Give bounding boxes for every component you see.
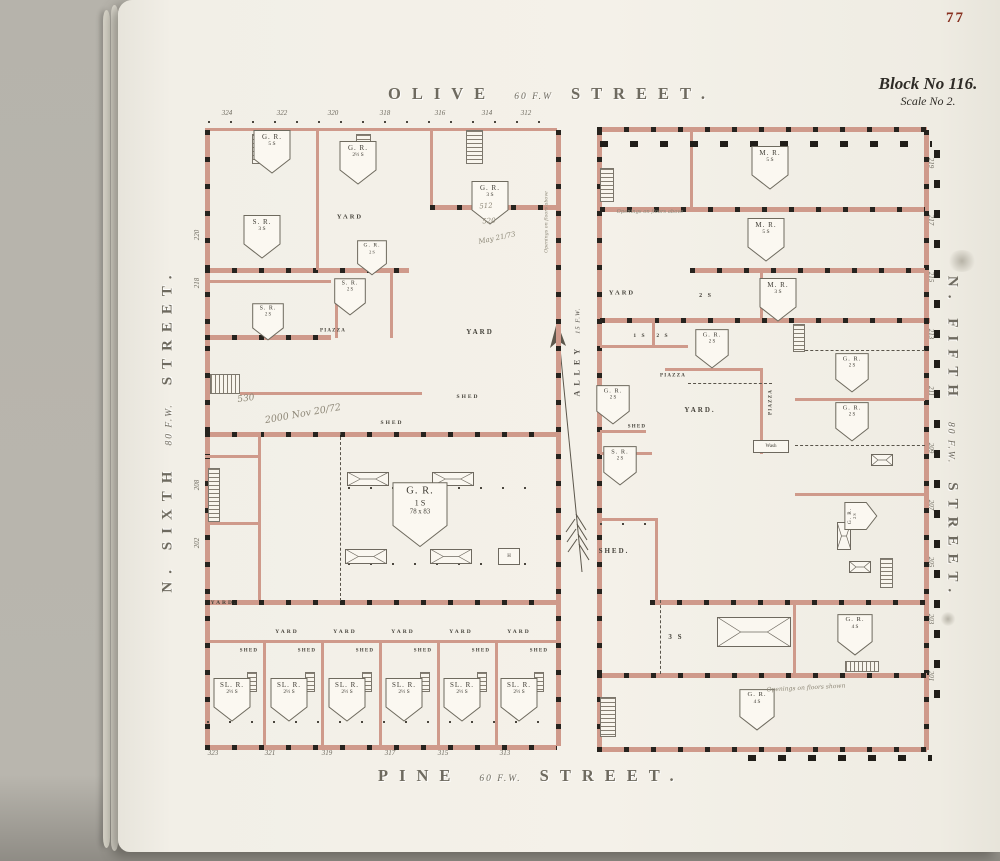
roof-type-shield: SL. R. 2½ S — [384, 677, 424, 723]
plan-label: SHED — [457, 394, 480, 400]
plan-label: SHED — [240, 649, 258, 654]
plan-label: SHED — [356, 649, 374, 654]
outbuilding-box: Wash — [753, 440, 789, 453]
plan-label: YARD — [275, 629, 298, 635]
skylight — [430, 549, 472, 564]
wall — [263, 640, 266, 746]
skylight — [871, 454, 893, 466]
house-number: 213 — [927, 329, 935, 340]
stairs — [793, 324, 805, 352]
street-left-name: N. SIXTH — [160, 464, 177, 593]
wall — [597, 130, 602, 748]
stairs — [845, 661, 879, 672]
page-number: 77 — [946, 10, 965, 27]
map-layer: 77 Block No 116. Scale No 2. OLIVE 60 F.… — [0, 0, 1000, 861]
roof-type-shield: G. R. 2 S — [844, 501, 879, 531]
plan-label: YARD — [449, 629, 472, 635]
wall — [379, 640, 382, 746]
wall — [795, 493, 925, 496]
block-title: Block No 116. Scale No 2. — [858, 74, 998, 109]
street-label-olive: OLIVE 60 F.W STREET. — [388, 84, 716, 104]
wall — [600, 345, 688, 348]
plan-label: SHED — [298, 649, 316, 654]
roof-type-shield: G. R. 2½ S — [338, 140, 378, 186]
house-number: 323 — [208, 749, 219, 757]
house-number: 320 — [328, 109, 339, 117]
house-number: 319 — [322, 749, 333, 757]
roof-type-shield: M. R. 5 S — [750, 145, 790, 191]
plan-label: PIAZZA — [769, 389, 774, 415]
pencil-note: Openings on floors shown — [766, 682, 845, 693]
house-number: 317 — [385, 749, 396, 757]
roof-type-shield: G. R. 4 S — [738, 688, 776, 732]
partition-dashed — [688, 383, 772, 384]
wall — [205, 130, 210, 747]
house-number: 312 — [521, 109, 532, 117]
scanned-atlas-photo: 77 Block No 116. Scale No 2. OLIVE 60 F.… — [0, 0, 1000, 861]
roof-type-shield: M. R. 3 S — [758, 277, 798, 323]
house-number: 218 — [193, 278, 201, 289]
plan-label: YARD — [333, 629, 356, 635]
wall — [600, 518, 656, 521]
wall — [690, 268, 925, 273]
roof-type-shield: SL. R. 2½ S — [269, 677, 309, 723]
plan-label: YARD — [609, 290, 635, 297]
stairs — [466, 130, 483, 164]
age-spot — [947, 250, 977, 272]
house-number: 208 — [193, 480, 201, 491]
wall — [793, 600, 796, 674]
pencil-note: 520 — [482, 217, 496, 226]
wall — [205, 455, 259, 458]
roof-type-shield: SL. R. 2½ S — [212, 677, 252, 723]
house-number: 314 — [482, 109, 493, 117]
house-number: 322 — [277, 109, 288, 117]
partition-dashed — [660, 600, 661, 674]
plan-label: SHED. — [599, 547, 630, 555]
wall — [597, 747, 927, 752]
stairs — [208, 468, 220, 522]
pencil-note: Openings on floors above — [545, 191, 550, 253]
skylight — [345, 549, 387, 564]
house-number: 209 — [927, 443, 935, 454]
house-number: 219 — [927, 158, 935, 169]
partition-dashed — [795, 445, 925, 446]
house-number: 207 — [927, 500, 935, 511]
house-number: 203 — [927, 614, 935, 625]
outbuilding-box: H — [498, 548, 520, 565]
roof-type-shield: SL. R. 2½ S — [327, 677, 367, 723]
street-top-width: 60 F.W — [514, 92, 553, 102]
roof-type-shield: G. R. 2 S — [834, 352, 870, 393]
street-label-n-sixth: N. SIXTH 80 F.W. STREET. — [160, 267, 177, 592]
stairs — [210, 374, 240, 394]
roof-type-shield: S. R. 2 S — [333, 277, 367, 316]
plan-label: SHED — [381, 420, 404, 426]
skylight — [849, 561, 871, 573]
street-wall-dashes — [748, 755, 932, 761]
house-number: 315 — [438, 749, 449, 757]
roof-type-shield: G. R. 5 S — [252, 129, 292, 175]
wall — [321, 640, 324, 746]
house-number: 318 — [380, 109, 391, 117]
plan-label: 2 S — [699, 293, 713, 299]
wall — [556, 130, 561, 746]
plan-label: SHED — [414, 649, 432, 654]
wall — [650, 600, 926, 605]
street-left-suffix: STREET. — [160, 267, 177, 385]
house-number: 202 — [193, 538, 201, 549]
stairs — [880, 558, 893, 588]
partition-dashed — [340, 432, 341, 601]
wall — [655, 518, 658, 602]
street-wall-dashes — [934, 150, 940, 710]
roof-type-shield: S. R. 2 S — [251, 302, 285, 341]
pencil-note: Openings on floors above — [617, 209, 684, 215]
plan-label: 1 S — [633, 333, 646, 339]
wall — [390, 268, 393, 338]
plan-label: SHED — [628, 425, 646, 430]
roof-type-shield: G. R. 2 S — [834, 401, 870, 442]
plan-label: YARD — [466, 328, 494, 336]
north-arrow-icon — [546, 318, 592, 580]
house-number: 313 — [500, 749, 511, 757]
roof-type-shield: G. R. 2 S — [356, 240, 388, 277]
block-scale-label: Scale No 2. — [858, 94, 998, 109]
plan-label: SHED — [472, 649, 490, 654]
house-number: 215 — [927, 272, 935, 283]
pencil-note: 512 — [479, 202, 493, 211]
house-number: 316 — [435, 109, 446, 117]
wall — [205, 600, 557, 605]
block-number-label: Block No 116. — [858, 74, 998, 94]
partition-dashed — [795, 350, 925, 351]
post-dots — [600, 523, 652, 525]
roof-type-shield: S. R. 3 S — [242, 214, 282, 260]
street-bottom-suffix: STREET. — [540, 766, 685, 786]
plan-label: 2 S — [656, 333, 669, 339]
street-right-name: N. FIFTH — [944, 276, 961, 404]
stairs — [600, 697, 616, 737]
plan-label: PIAZZA — [660, 374, 686, 379]
skylight — [717, 617, 791, 647]
street-right-width: 80 F.W. — [946, 422, 956, 464]
house-number: 211 — [927, 386, 935, 396]
wall — [205, 280, 331, 283]
plan-label: YARD — [507, 629, 530, 635]
roof-type-shield: M. R. 5 S — [746, 217, 786, 263]
wall — [600, 430, 646, 433]
roof-type-shield: G. R. 1 S 78 x 83 — [390, 481, 450, 550]
roof-type-shield: SL. R. 2½ S — [442, 677, 482, 723]
wall — [652, 318, 655, 346]
street-right-suffix: STREET. — [944, 482, 961, 600]
street-bottom-name: PINE — [378, 766, 461, 786]
plan-label: YARD — [337, 214, 363, 221]
plan-label: YARD. — [211, 600, 238, 606]
plan-label: YARD — [391, 629, 414, 635]
street-top-suffix: STREET. — [571, 84, 716, 104]
wall — [205, 522, 259, 525]
roof-type-shield: G. R. 4 S — [836, 613, 874, 657]
street-top-name: OLIVE — [388, 84, 496, 104]
wall — [240, 392, 422, 395]
skylight — [347, 472, 389, 486]
roof-type-shield: SL. R. 2½ S — [499, 677, 539, 723]
wall — [495, 640, 498, 746]
street-label-pine: PINE 60 F.W. STREET. — [378, 766, 685, 786]
street-label-n-fifth: N. FIFTH 80 F.W. STREET. — [944, 276, 961, 600]
pencil-note: May 21/73 — [478, 230, 517, 246]
wall — [437, 640, 440, 746]
wall — [597, 127, 927, 132]
plan-label: YARD. — [684, 406, 715, 414]
pencil-note: 530 — [237, 393, 255, 405]
post-dots — [208, 121, 556, 123]
plan-label: 3 S — [668, 633, 683, 641]
house-number: 201 — [927, 671, 935, 682]
wall — [316, 130, 319, 270]
street-left-width: 80 F.W. — [165, 403, 175, 445]
stairs — [600, 168, 614, 202]
house-number: 321 — [265, 749, 276, 757]
roof-type-shield: G. R. 2 S — [694, 328, 730, 369]
wall — [597, 673, 927, 678]
age-spot — [940, 612, 956, 626]
plan-label: PIAZZA — [320, 329, 346, 334]
pencil-note: 2000 Nov 20/72 — [264, 402, 342, 426]
house-number: 205 — [927, 557, 935, 568]
plan-label: SHED — [530, 649, 548, 654]
house-number: 217 — [927, 215, 935, 226]
street-bottom-width: 60 F.W. — [479, 774, 521, 784]
roof-type-shield: G. R. 2 S — [595, 384, 631, 425]
roof-type-shield: S. R. 2 S — [602, 445, 638, 486]
house-number: 220 — [193, 230, 201, 241]
wall — [430, 130, 433, 207]
house-number: 324 — [222, 109, 233, 117]
